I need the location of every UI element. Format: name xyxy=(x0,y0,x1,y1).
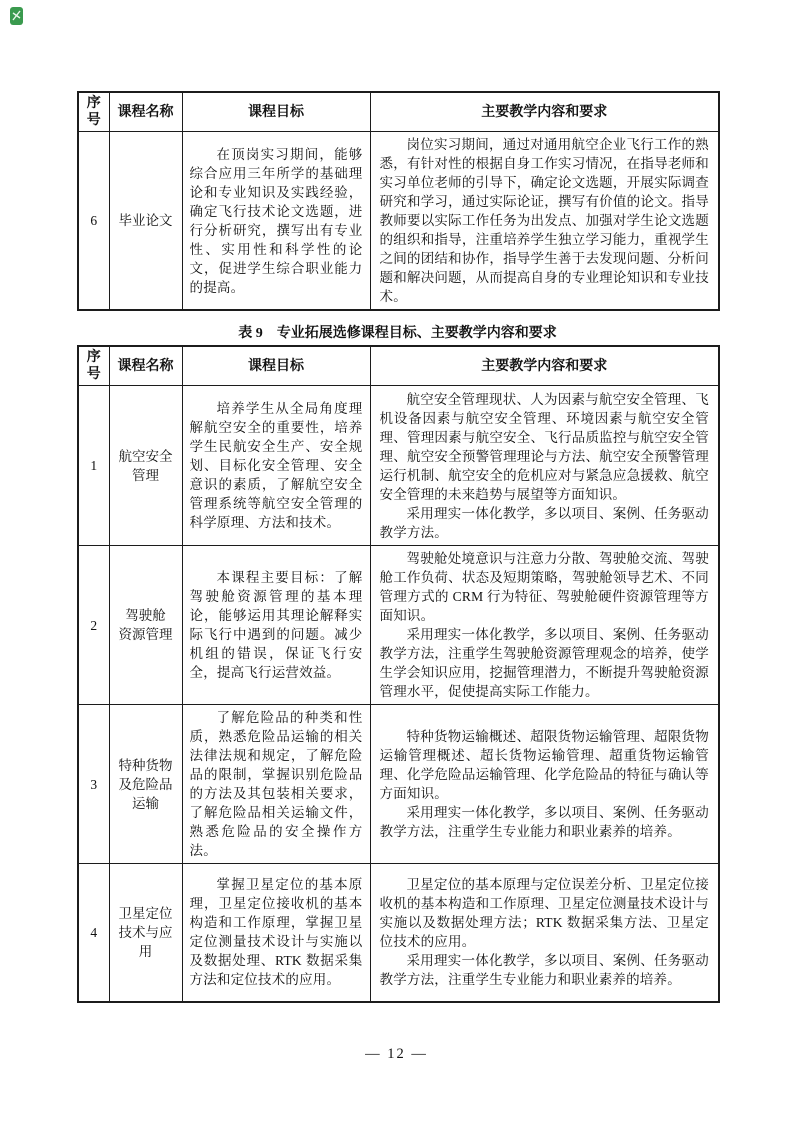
cell-teaching-content: 岗位实习期间，通过对通用航空企业飞行工作的熟悉，有针对性的根据自身工作实习情况，… xyxy=(370,132,719,311)
cell-serial-number: 6 xyxy=(78,132,109,311)
cell-course-name: 航空安全 管理 xyxy=(109,386,182,546)
objective-text: 本课程主要目标：了解驾驶舱资源管理的基本理论，能够运用其理论解释实际飞行中遇到的… xyxy=(190,568,363,682)
content-text-2: 采用理实一体化教学，多以项目、案例、任务驱动教学方法，注重学生驾驶舱资源管理观念… xyxy=(380,625,710,701)
content-text-1: 驾驶舱处境意识与注意力分散、驾驶舱交流、驾驶舱工作负荷、状态及短期策略，驾驶舱领… xyxy=(380,549,710,625)
document-page: 序 号 课程名称 课程目标 主要教学内容和要求 6 毕业论文 在顶岗实习期间，能… xyxy=(0,0,793,1122)
content-text-1: 卫星定位的基本原理与定位误差分析、卫星定位接收机的基本构造和工作原理、卫星定位测… xyxy=(380,875,710,951)
content-text-1: 航空安全管理现状、人为因素与航空安全管理、飞机设备因素与航空安全管理、环境因素与… xyxy=(380,390,710,504)
table-header-row: 序 号 课程名称 课程目标 主要教学内容和要求 xyxy=(78,346,719,386)
table-row: 1 航空安全 管理 培养学生从全局角度理解航空安全的重要性，培养学生民航安全生产… xyxy=(78,386,719,546)
col-header-course-name: 课程名称 xyxy=(109,346,182,386)
col-header-objective: 课程目标 xyxy=(182,346,370,386)
cell-course-name: 驾驶舱 资源管理 xyxy=(109,546,182,705)
table9-caption: 表 9 专业拓展选修课程目标、主要教学内容和要求 xyxy=(77,322,718,342)
cell-teaching-content: 航空安全管理现状、人为因素与航空安全管理、飞机设备因素与航空安全管理、环境因素与… xyxy=(370,386,719,546)
objective-text: 了解危险品的种类和性质，熟悉危险品运输的相关法律法规和规定，了解危险品的限制，掌… xyxy=(190,708,363,860)
table-row: 2 驾驶舱 资源管理 本课程主要目标：了解驾驶舱资源管理的基本理论，能够运用其理… xyxy=(78,546,719,705)
page-number: — 12 — xyxy=(0,1046,793,1063)
cell-course-objective: 培养学生从全局角度理解航空安全的重要性，培养学生民航安全生产、安全规划、目标化安… xyxy=(182,386,370,546)
course-table-continued: 序 号 课程名称 课程目标 主要教学内容和要求 6 毕业论文 在顶岗实习期间，能… xyxy=(77,91,720,311)
cell-serial-number: 2 xyxy=(78,546,109,705)
col-header-serial: 序 号 xyxy=(78,92,109,132)
col-header-course-name: 课程名称 xyxy=(109,92,182,132)
cell-serial-number: 3 xyxy=(78,705,109,864)
content-text: 岗位实习期间，通过对通用航空企业飞行工作的熟悉，有针对性的根据自身工作实习情况，… xyxy=(380,135,710,306)
col-header-content: 主要教学内容和要求 xyxy=(370,92,719,132)
col-header-content: 主要教学内容和要求 xyxy=(370,346,719,386)
table-header-row: 序 号 课程名称 课程目标 主要教学内容和要求 xyxy=(78,92,719,132)
cell-course-name: 毕业论文 xyxy=(109,132,182,311)
objective-text: 在顶岗实习期间，能够综合应用三年所学的基础理论和专业知识及实践经验，确定飞行技术… xyxy=(190,145,363,297)
cell-teaching-content: 驾驶舱处境意识与注意力分散、驾驶舱交流、驾驶舱工作负荷、状态及短期策略，驾驶舱领… xyxy=(370,546,719,705)
cell-course-objective: 本课程主要目标：了解驾驶舱资源管理的基本理论，能够运用其理论解释实际飞行中遇到的… xyxy=(182,546,370,705)
elective-course-table: 序 号 课程名称 课程目标 主要教学内容和要求 1 航空安全 管理 培养学生从全… xyxy=(77,345,720,1003)
cell-course-objective: 了解危险品的种类和性质，熟悉危险品运输的相关法律法规和规定，了解危险品的限制，掌… xyxy=(182,705,370,864)
objective-text: 培养学生从全局角度理解航空安全的重要性，培养学生民航安全生产、安全规划、目标化安… xyxy=(190,399,363,532)
content-text-2: 采用理实一体化教学，多以项目、案例、任务驱动教学方法，注重学生专业能力和职业素养… xyxy=(380,951,710,989)
cell-course-objective: 在顶岗实习期间，能够综合应用三年所学的基础理论和专业知识及实践经验，确定飞行技术… xyxy=(182,132,370,311)
objective-text: 掌握卫星定位的基本原理，卫星定位接收机的基本构造和工作原理，掌握卫星定位测量技术… xyxy=(190,875,363,989)
cell-serial-number: 1 xyxy=(78,386,109,546)
table-row: 3 特种货物 及危险品 运输 了解危险品的种类和性质，熟悉危险品运输的相关法律法… xyxy=(78,705,719,864)
cell-teaching-content: 卫星定位的基本原理与定位误差分析、卫星定位接收机的基本构造和工作原理、卫星定位测… xyxy=(370,864,719,1002)
col-header-serial: 序 号 xyxy=(78,346,109,386)
content-text-2: 采用理实一体化教学，多以项目、案例、任务驱动教学方法，注重学生专业能力和职业素养… xyxy=(380,803,710,841)
content-text-1: 特种货物运输概述、超限货物运输管理、超限货物运输管理概述、超长货物运输管理、超重… xyxy=(380,727,710,803)
cell-course-objective: 掌握卫星定位的基本原理，卫星定位接收机的基本构造和工作原理，掌握卫星定位测量技术… xyxy=(182,864,370,1002)
cell-course-name: 特种货物 及危险品 运输 xyxy=(109,705,182,864)
content-text-2: 采用理实一体化教学，多以项目、案例、任务驱动教学方法。 xyxy=(380,504,710,542)
table-row: 4 卫星定位 技术与应 用 掌握卫星定位的基本原理，卫星定位接收机的基本构造和工… xyxy=(78,864,719,1002)
cell-teaching-content: 特种货物运输概述、超限货物运输管理、超限货物运输管理概述、超长货物运输管理、超重… xyxy=(370,705,719,864)
col-header-objective: 课程目标 xyxy=(182,92,370,132)
table-row: 6 毕业论文 在顶岗实习期间，能够综合应用三年所学的基础理论和专业知识及实践经验… xyxy=(78,132,719,311)
cell-serial-number: 4 xyxy=(78,864,109,1002)
corner-mark-icon xyxy=(9,6,25,27)
cell-course-name: 卫星定位 技术与应 用 xyxy=(109,864,182,1002)
